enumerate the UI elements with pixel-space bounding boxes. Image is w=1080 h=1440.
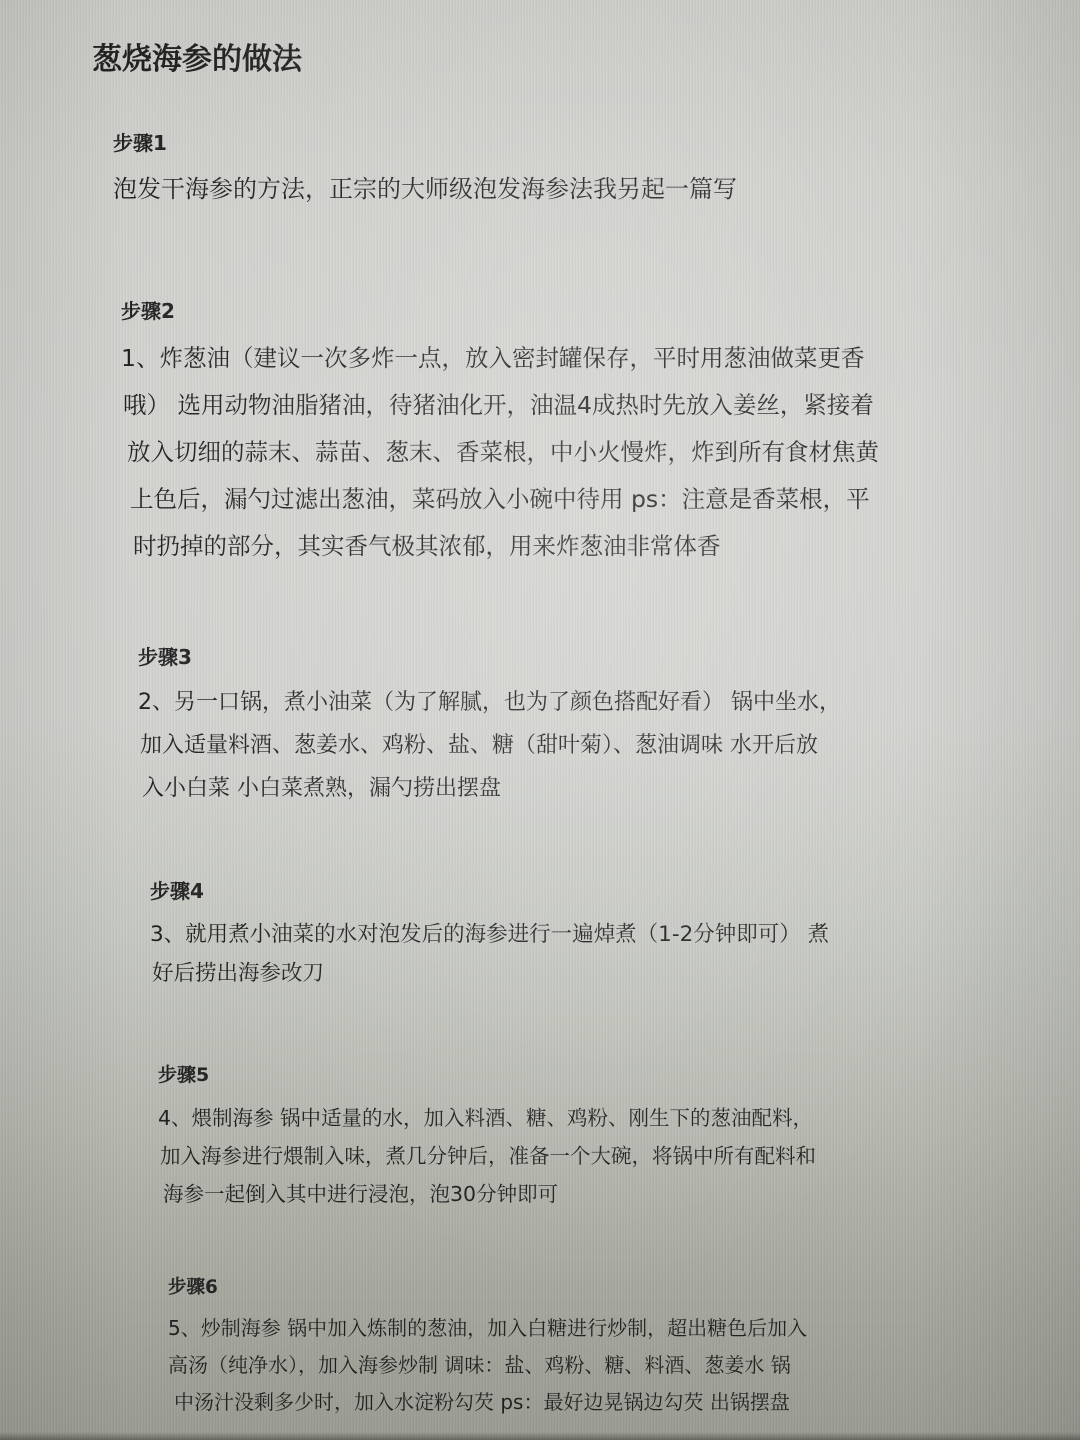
recipe-document: 葱烧海参的做法 步骤1 泡发干海参的方法，正宗的大师级泡发海参法我另起一篇写 步… (0, 0, 1080, 1440)
step-3: 步骤3 2、另一口锅，煮小油菜（为了解腻，也为了颜色搭配好看） 锅中坐水， 加入… (138, 645, 841, 810)
step-line: 4、煨制海参 锅中适量的水，加入料酒、糖、鸡粉、刚生下的葱油配料， (158, 1099, 816, 1137)
step-body: 2、另一口锅，煮小油菜（为了解腻，也为了颜色搭配好看） 锅中坐水， 加入适量料酒… (138, 681, 841, 810)
step-line: 中汤汁没剩多少时，加入水淀粉勾芡 ps：最好边晃锅边勾芡 出锅摆盘 (168, 1384, 807, 1421)
step-6: 步骤6 5、炒制海参 锅中加入炼制的葱油，加入白糖进行炒制，超出糖色后加入 高汤… (168, 1276, 807, 1421)
step-body: 3、就用煮小油菜的水对泡发后的海参进行一遍焯煮（1-2分钟即可） 煮 好后捞出海… (150, 915, 829, 993)
step-heading: 步骤2 (121, 299, 879, 323)
page-title: 葱烧海参的做法 (92, 34, 302, 78)
step-line: 5、炒制海参 锅中加入炼制的葱油，加入白糖进行炒制，超出糖色后加入 (168, 1310, 807, 1347)
step-line: 海参一起倒入其中进行浸泡，泡30分钟即可 (158, 1175, 816, 1213)
monitor-bezel-edge (0, 1432, 1080, 1440)
step-heading: 步骤1 (113, 131, 737, 155)
step-4: 步骤4 3、就用煮小油菜的水对泡发后的海参进行一遍焯煮（1-2分钟即可） 煮 好… (150, 879, 829, 993)
step-line: 2、另一口锅，煮小油菜（为了解腻，也为了颜色搭配好看） 锅中坐水， (138, 681, 841, 724)
step-line: 1、炸葱油（建议一次多炸一点，放入密封罐保存，平时用葱油做菜更香 (121, 335, 879, 382)
step-line: 泡发干海参的方法，正宗的大师级泡发海参法我另起一篇写 (113, 167, 737, 212)
step-line: 3、就用煮小油菜的水对泡发后的海参进行一遍焯煮（1-2分钟即可） 煮 (150, 915, 829, 954)
step-line: 上色后，漏勺过滤出葱油，菜码放入小碗中待用 ps：注意是香菜根，平 (121, 476, 879, 523)
step-body: 4、煨制海参 锅中适量的水，加入料酒、糖、鸡粉、刚生下的葱油配料， 加入海参进行… (158, 1099, 816, 1213)
step-1: 步骤1 泡发干海参的方法，正宗的大师级泡发海参法我另起一篇写 (113, 131, 737, 212)
step-2: 步骤2 1、炸葱油（建议一次多炸一点，放入密封罐保存，平时用葱油做菜更香 哦） … (121, 299, 879, 570)
step-heading: 步骤6 (168, 1276, 807, 1300)
step-heading: 步骤4 (150, 879, 829, 903)
step-line: 哦） 选用动物油脂猪油，待猪油化开，油温4成热时先放入姜丝，紧接着 (121, 382, 879, 429)
step-body: 1、炸葱油（建议一次多炸一点，放入密封罐保存，平时用葱油做菜更香 哦） 选用动物… (121, 335, 879, 570)
step-line: 加入海参进行煨制入味，煮几分钟后，准备一个大碗，将锅中所有配料和 (158, 1137, 816, 1175)
step-heading: 步骤5 (158, 1063, 816, 1087)
step-line: 时扔掉的部分，其实香气极其浓郁，用来炸葱油非常体香 (121, 523, 879, 570)
step-5: 步骤5 4、煨制海参 锅中适量的水，加入料酒、糖、鸡粉、刚生下的葱油配料， 加入… (158, 1063, 816, 1213)
step-body: 泡发干海参的方法，正宗的大师级泡发海参法我另起一篇写 (113, 167, 737, 212)
step-line: 高汤（纯净水），加入海参炒制 调味：盐、鸡粉、糖、料酒、葱姜水 锅 (168, 1347, 807, 1384)
step-line: 放入切细的蒜末、蒜苗、葱末、香菜根，中小火慢炸，炸到所有食材焦黄 (121, 429, 879, 476)
step-line: 好后捞出海参改刀 (150, 954, 829, 993)
step-body: 5、炒制海参 锅中加入炼制的葱油，加入白糖进行炒制，超出糖色后加入 高汤（纯净水… (168, 1310, 807, 1421)
step-heading: 步骤3 (138, 645, 841, 669)
step-line: 加入适量料酒、葱姜水、鸡粉、盐、糖（甜叶菊）、葱油调味 水开后放 (138, 724, 841, 767)
step-line: 入小白菜 小白菜煮熟，漏勺捞出摆盘 (138, 767, 841, 810)
